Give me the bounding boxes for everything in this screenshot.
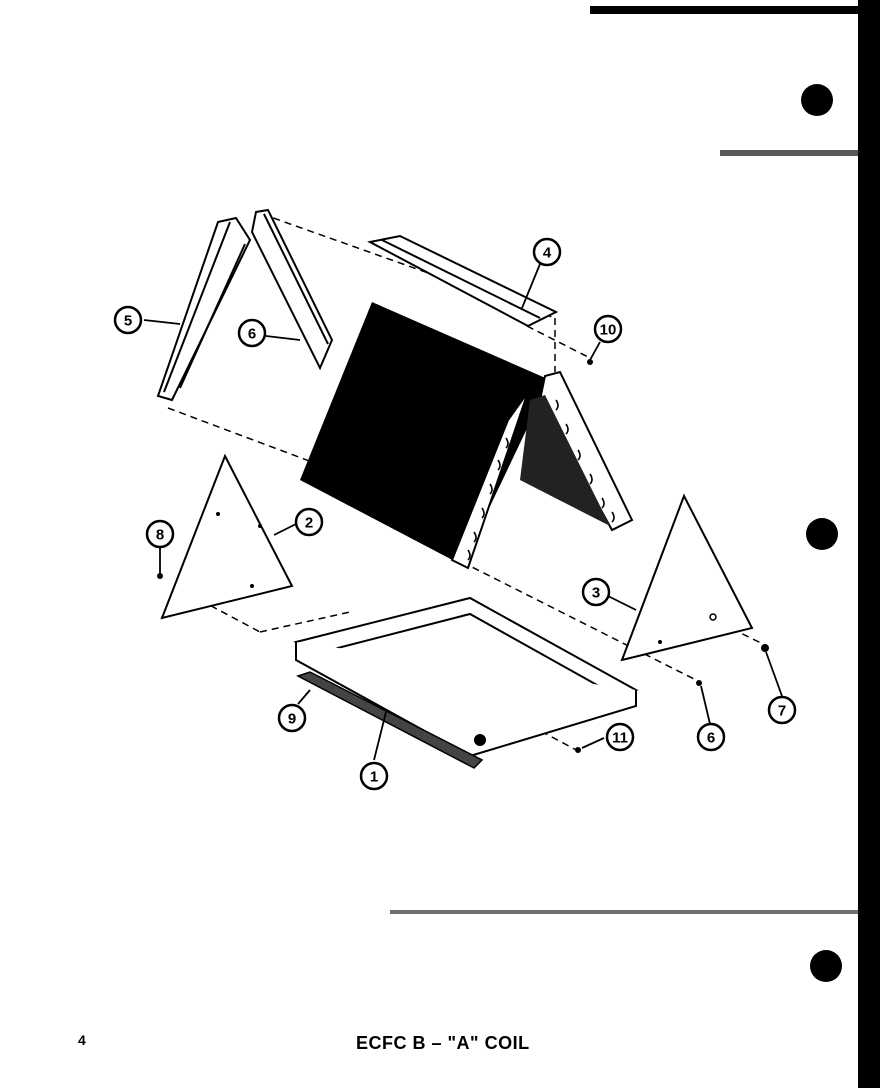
- callout-2: 2: [296, 509, 322, 535]
- callout-6: 6: [698, 724, 724, 750]
- page-number: 4: [78, 1032, 86, 1048]
- parts-diagram-page: 12345667891011 4 ECFC B – "A" COIL: [0, 0, 880, 1088]
- callout-5: 5: [115, 307, 141, 333]
- exploded-diagram: 12345667891011: [0, 0, 880, 1088]
- callout-9: 9: [279, 705, 305, 731]
- callout-10: 10: [595, 316, 621, 342]
- svg-text:2: 2: [305, 515, 313, 532]
- callout-8: 8: [147, 521, 173, 547]
- top-apex-channel: [370, 236, 556, 326]
- svg-text:8: 8: [156, 527, 164, 544]
- svg-text:11: 11: [612, 730, 628, 747]
- left-side-channel: [158, 218, 250, 400]
- svg-text:10: 10: [600, 322, 617, 339]
- drain-pan-frame: [296, 598, 636, 756]
- diagram-caption: ECFC B – "A" COIL: [356, 1033, 530, 1054]
- callout-7: 7: [769, 697, 795, 723]
- right-side-channel: [252, 210, 332, 368]
- left-end-panel: [162, 456, 292, 618]
- svg-text:6: 6: [707, 730, 715, 747]
- svg-text:9: 9: [288, 711, 296, 728]
- right-end-panel: [622, 496, 752, 660]
- callout-4: 4: [534, 239, 560, 265]
- svg-text:4: 4: [543, 245, 552, 262]
- svg-text:1: 1: [370, 769, 378, 786]
- svg-text:5: 5: [124, 313, 132, 330]
- callout-1: 1: [361, 763, 387, 789]
- svg-text:6: 6: [248, 326, 256, 343]
- callout-11: 11: [607, 724, 633, 750]
- a-coil-body: [300, 302, 632, 568]
- callout-6: 6: [239, 320, 265, 346]
- svg-text:3: 3: [592, 585, 600, 602]
- callout-3: 3: [583, 579, 609, 605]
- svg-text:7: 7: [778, 703, 786, 720]
